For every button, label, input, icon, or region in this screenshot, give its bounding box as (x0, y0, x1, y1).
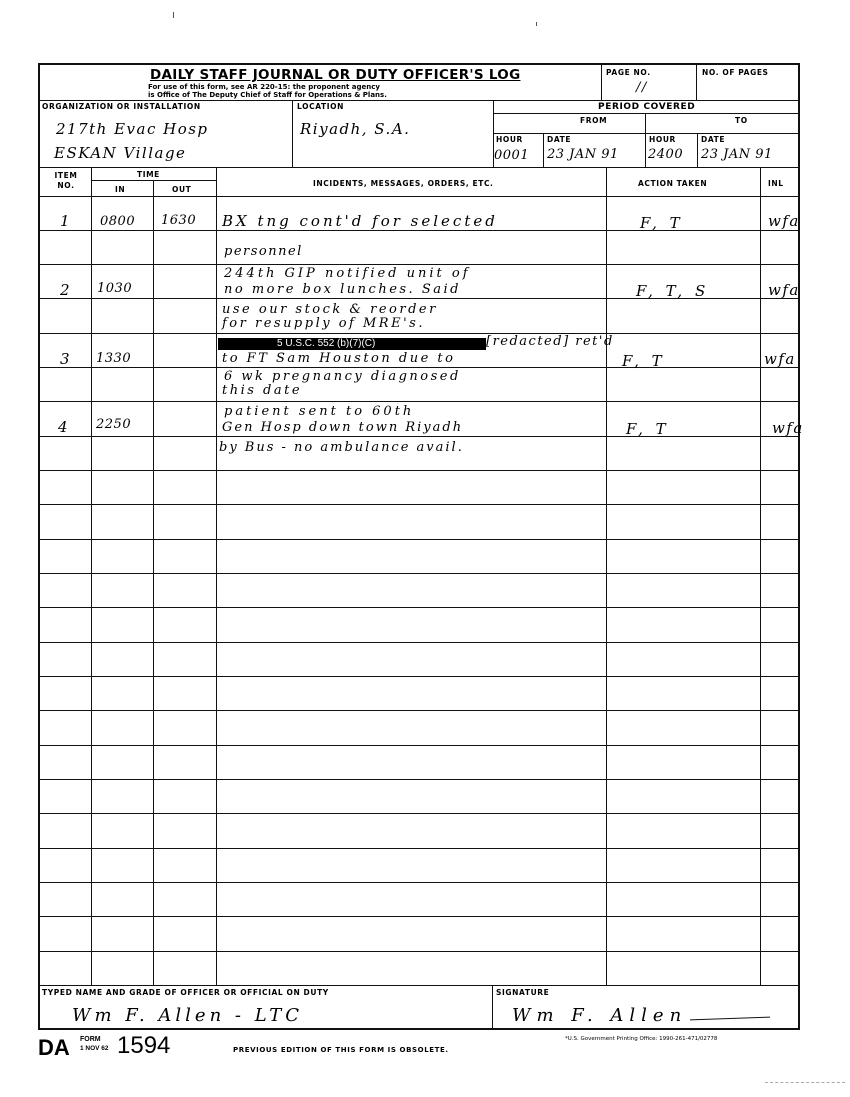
gpo-note: *U.S. Government Printing Office: 1990-2… (565, 1036, 717, 1042)
typed-name-label: TYPED NAME AND GRADE OF OFFICER OR OFFIC… (42, 988, 329, 997)
scan-mark (173, 12, 174, 18)
signature-label: SIGNATURE (496, 988, 549, 997)
form-subtitle-1: For use of this form, see AR 220-15: the… (148, 83, 380, 91)
incident-line[interactable]: by Bus - no ambulance avail. (219, 440, 464, 455)
incident-line[interactable]: 6 wk pregnancy diagnosed (224, 369, 461, 384)
initials[interactable]: wfa (768, 281, 800, 299)
item-number[interactable]: 4 (58, 418, 69, 436)
from-date-value[interactable]: 23 JAN 91 (547, 147, 619, 162)
time-in[interactable]: 1330 (96, 351, 131, 366)
item-number[interactable]: 1 (60, 212, 71, 230)
to-hour-value[interactable]: 2400 (648, 147, 683, 162)
initials[interactable]: wfa (764, 350, 796, 368)
time-in[interactable]: 0800 (100, 214, 135, 229)
action-taken-header: ACTION TAKEN (638, 179, 707, 188)
form-word: FORM (80, 1036, 101, 1043)
from-hour-label: HOUR (496, 135, 523, 144)
obsolete-note: PREVIOUS EDITION OF THIS FORM IS OBSOLET… (233, 1046, 449, 1054)
time-in[interactable]: 2250 (96, 417, 131, 432)
item-number[interactable]: 3 (60, 350, 71, 368)
incident-line[interactable]: 244th GIP notified unit of (224, 266, 471, 281)
action-taken[interactable]: F, T (622, 352, 666, 370)
form-number: 1594 (117, 1032, 170, 1060)
time-in-header: IN (115, 185, 125, 194)
incident-line[interactable]: Gen Hosp down town Riyadh (222, 420, 463, 435)
incident-line[interactable]: this date (222, 383, 302, 398)
scan-mark (765, 1082, 845, 1083)
incidents-header: INCIDENTS, MESSAGES, ORDERS, ETC. (313, 179, 494, 188)
form-date: 1 NOV 62 (80, 1045, 109, 1052)
incident-line[interactable]: BX tng cont'd for selected (222, 212, 498, 230)
to-date-label: DATE (701, 135, 725, 144)
action-taken[interactable]: F, T, S (636, 282, 709, 300)
initials[interactable]: wfa (768, 212, 800, 230)
incident-line[interactable]: for resupply of MRE's. (222, 316, 425, 331)
period-covered-label: PERIOD COVERED (598, 102, 695, 112)
no-of-pages-label: NO. OF PAGES (702, 68, 769, 77)
time-out-header: OUT (172, 185, 191, 194)
incident-line[interactable]: no more box lunches. Said (224, 282, 461, 297)
form-da: DA (38, 1035, 70, 1061)
incident-line[interactable]: personnel (224, 244, 303, 259)
location-value[interactable]: Riyadh, S.A. (300, 120, 410, 138)
organization-line-2[interactable]: ESKAN Village (54, 144, 186, 162)
location-label: LOCATION (297, 102, 344, 111)
organization-label: ORGANIZATION OR INSTALLATION (42, 102, 201, 111)
item-no-header: ITEM NO. (47, 171, 85, 191)
time-header: TIME (137, 170, 160, 179)
item-number[interactable]: 2 (60, 281, 71, 299)
from-date-label: DATE (547, 135, 571, 144)
typed-name-value[interactable]: Wm F. Allen - LTC (72, 1005, 303, 1026)
time-in[interactable]: 1030 (97, 281, 132, 296)
initials[interactable]: wfa (772, 419, 804, 437)
page-no-label: PAGE NO. (606, 68, 651, 77)
signature-value[interactable]: Wm F. Allen (512, 1005, 687, 1026)
from-hour-value[interactable]: 0001 (494, 148, 529, 163)
page-no-value[interactable]: // (636, 80, 648, 95)
incident-line[interactable]: use our stock & reorder (222, 302, 438, 317)
to-hour-label: HOUR (649, 135, 676, 144)
initials-header: INL (768, 179, 784, 188)
incident-line[interactable]: patient sent to 60th (224, 404, 414, 419)
to-date-value[interactable]: 23 JAN 91 (701, 147, 773, 162)
scan-mark (536, 22, 537, 26)
action-taken[interactable]: F, T (626, 420, 670, 438)
organization-line-1[interactable]: 217th Evac Hosp (56, 120, 209, 138)
to-label: TO (735, 116, 748, 125)
redaction-block: 5 U.S.C. 552 (b)(7)(C) (218, 338, 486, 350)
incident-line[interactable]: to FT Sam Houston due to (222, 351, 455, 366)
action-taken[interactable]: F, T (640, 214, 684, 232)
from-label: FROM (580, 116, 607, 125)
time-out[interactable]: 1630 (161, 213, 196, 228)
incident-line[interactable]: [redacted] ret'd (486, 334, 614, 349)
form-subtitle-2: is Office of The Deputy Chief of Staff f… (148, 91, 387, 99)
form-title: DAILY STAFF JOURNAL OR DUTY OFFICER'S LO… (150, 67, 520, 83)
